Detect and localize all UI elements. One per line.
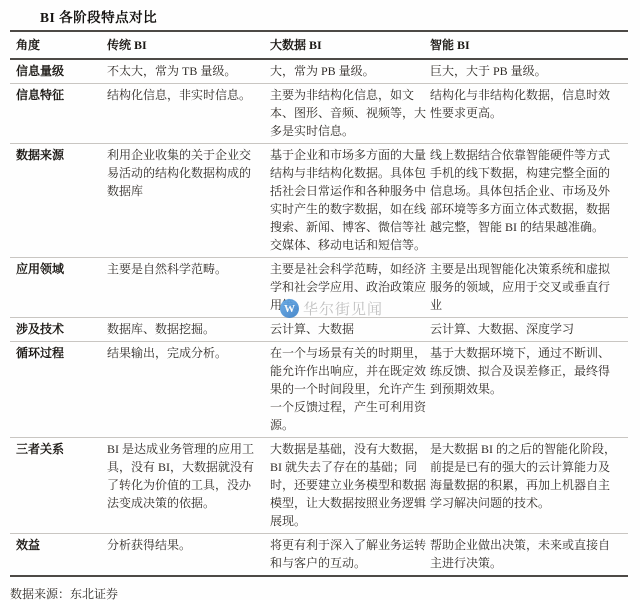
cell-bigdata: 大，常为 PB 量级。 (270, 59, 430, 84)
report-table-page: BI 各阶段特点对比 角度 传统 BI 大数据 BI 智能 BI 信息量级不太大… (0, 6, 640, 600)
table-body: 信息量级不太大，常为 TB 量级。大，常为 PB 量级。巨大，大于 PB 量级。… (10, 59, 628, 576)
comparison-table: 角度 传统 BI 大数据 BI 智能 BI 信息量级不太大，常为 TB 量级。大… (10, 30, 628, 577)
row-label: 涉及技术 (10, 318, 107, 342)
row-label: 信息特征 (10, 84, 107, 144)
table-row: 信息量级不太大，常为 TB 量级。大，常为 PB 量级。巨大，大于 PB 量级。 (10, 59, 628, 84)
column-header-intelligent: 智能 BI (430, 31, 628, 59)
cell-traditional: 结构化信息，非实时信息。 (107, 84, 270, 144)
row-label: 应用领域 (10, 258, 107, 318)
table-header-row: 角度 传统 BI 大数据 BI 智能 BI (10, 31, 628, 59)
row-label: 循环过程 (10, 342, 107, 438)
column-header-bigdata: 大数据 BI (270, 31, 430, 59)
table-row: 涉及技术数据库、数据挖掘。云计算、大数据云计算、大数据、深度学习 (10, 318, 628, 342)
cell-traditional: 结果输出，完成分析。 (107, 342, 270, 438)
table-row: 数据来源利用企业收集的关于企业交易活动的结构化数据构成的数据库基于企业和市场多方… (10, 144, 628, 258)
cell-intelligent: 线上数据结合依靠智能硬件等方式手机的线下数据，构建完整全面的信息场。具体包括企业… (430, 144, 628, 258)
cell-bigdata: 云计算、大数据 (270, 318, 430, 342)
cell-intelligent: 是大数据 BI 的之后的智能化阶段，前提是已有的强大的云计算能力及海量数据的积累… (430, 438, 628, 534)
row-label: 三者关系 (10, 438, 107, 534)
cell-intelligent: 云计算、大数据、深度学习 (430, 318, 628, 342)
row-label: 数据来源 (10, 144, 107, 258)
column-header-traditional: 传统 BI (107, 31, 270, 59)
table-row: 信息特征结构化信息，非实时信息。主要为非结构化信息，如文本、图形、音频、视频等，… (10, 84, 628, 144)
table-row: 循环过程结果输出，完成分析。在一个与场景有关的时期里，能允许作出响应，并在既定效… (10, 342, 628, 438)
cell-bigdata: 大数据是基础，没有大数据，BI 就失去了存在的基础；同时，还要建立业务模型和数据… (270, 438, 430, 534)
page-title: BI 各阶段特点对比 (40, 6, 640, 26)
cell-traditional: 利用企业收集的关于企业交易活动的结构化数据构成的数据库 (107, 144, 270, 258)
cell-bigdata: 主要是社会科学范畴，如经济学和社会学应用、政治政策应用等。 (270, 258, 430, 318)
cell-bigdata: 将更有利于深入了解业务运转和与客户的互动。 (270, 534, 430, 577)
cell-intelligent: 巨大，大于 PB 量级。 (430, 59, 628, 84)
cell-intelligent: 主要是出现智能化决策系统和虚拟服务的领域，应用于交叉或垂直行业 (430, 258, 628, 318)
cell-bigdata: 在一个与场景有关的时期里，能允许作出响应，并在既定效果的一个时间段里，允许产生一… (270, 342, 430, 438)
row-label: 效益 (10, 534, 107, 577)
table-row: 效益分析获得结果。将更有利于深入了解业务运转和与客户的互动。帮助企业做出决策，未… (10, 534, 628, 577)
cell-traditional: BI 是达成业务管理的应用工具，没有 BI，大数据就没有了转化为价值的工具，没办… (107, 438, 270, 534)
cell-intelligent: 帮助企业做出决策，未来或直接自主进行决策。 (430, 534, 628, 577)
cell-traditional: 数据库、数据挖掘。 (107, 318, 270, 342)
cell-bigdata: 主要为非结构化信息，如文本、图形、音频、视频等，大多是实时信息。 (270, 84, 430, 144)
table-row: 应用领域主要是自然科学范畴。主要是社会科学范畴，如经济学和社会学应用、政治政策应… (10, 258, 628, 318)
cell-intelligent: 基于大数据环境下，通过不断训、练反馈、拟合及误差修正，最终得到预期效果。 (430, 342, 628, 438)
cell-bigdata: 基于企业和市场多方面的大量结构与非结构化数据。具体包括社会日常运作和各种服务中实… (270, 144, 430, 258)
cell-traditional: 分析获得结果。 (107, 534, 270, 577)
row-label: 信息量级 (10, 59, 107, 84)
cell-intelligent: 结构化与非结构化数据，信息时效性要求更高。 (430, 84, 628, 144)
cell-traditional: 不太大，常为 TB 量级。 (107, 59, 270, 84)
cell-traditional: 主要是自然科学范畴。 (107, 258, 270, 318)
column-header-aspect: 角度 (10, 31, 107, 59)
table-row: 三者关系BI 是达成业务管理的应用工具，没有 BI，大数据就没有了转化为价值的工… (10, 438, 628, 534)
data-source-note: 数据来源：东北证券 (10, 585, 640, 600)
